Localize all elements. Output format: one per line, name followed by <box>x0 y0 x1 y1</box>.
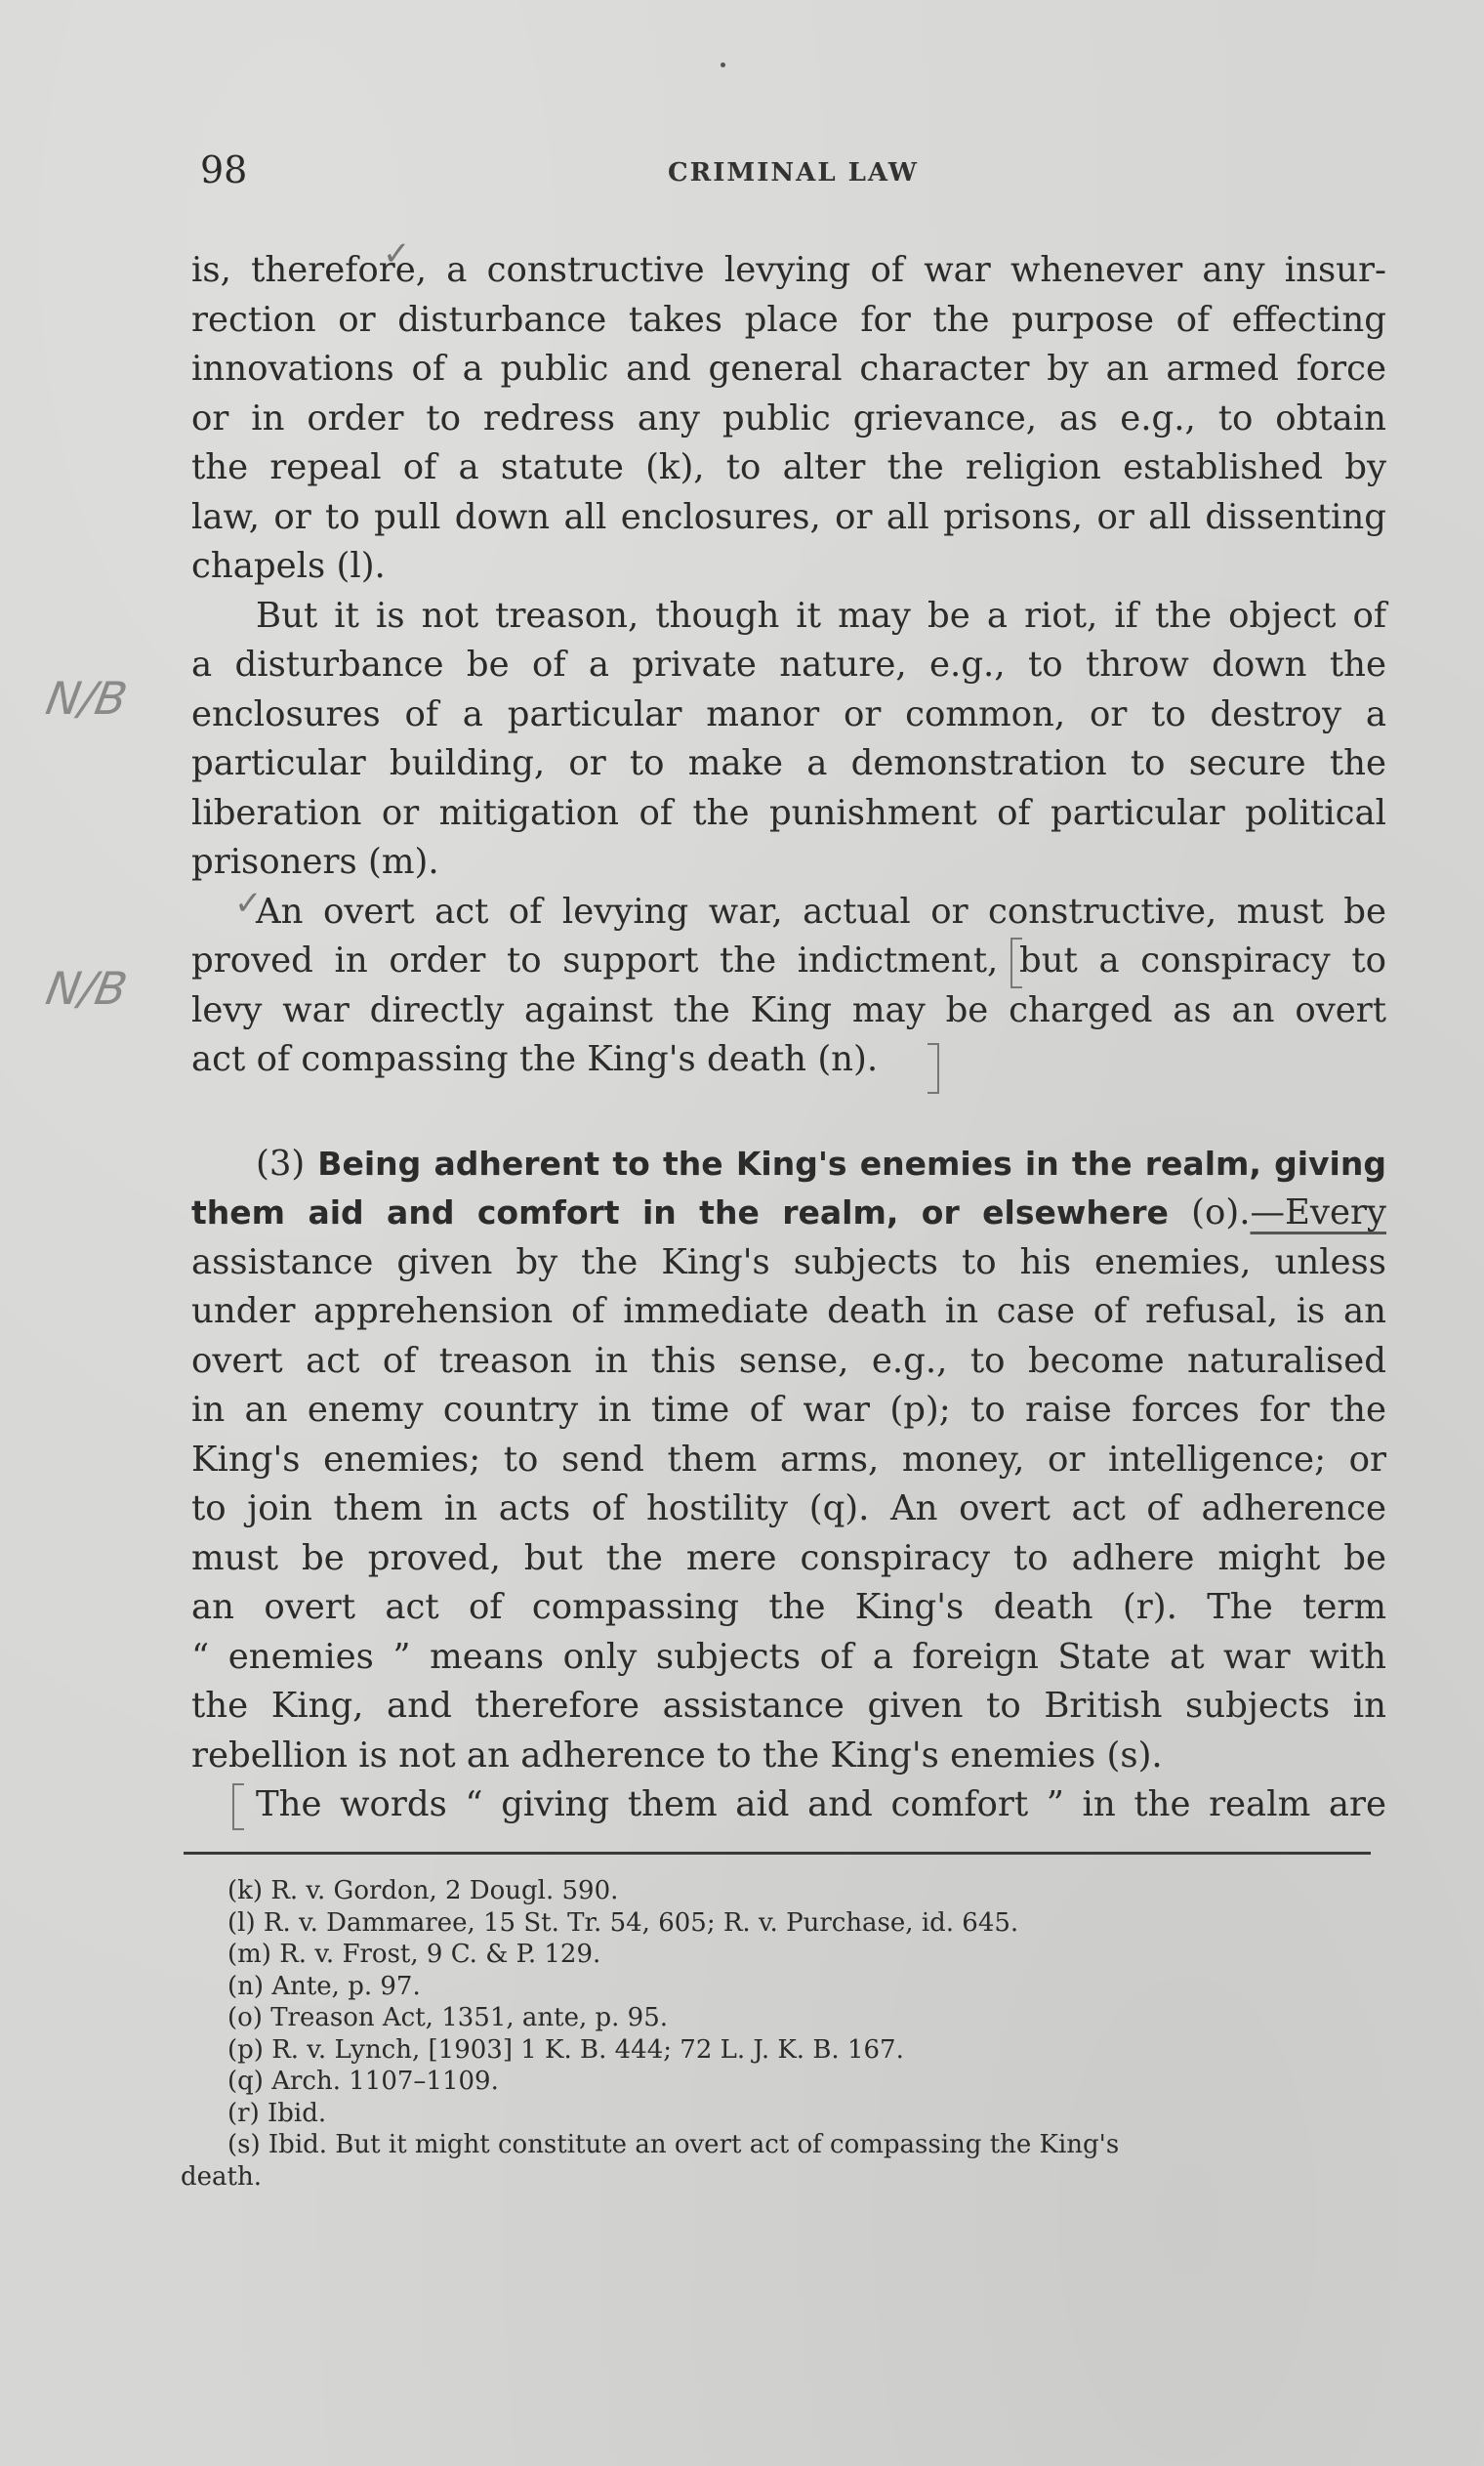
running-head: 98 CRIMINAL LAW <box>200 148 1386 197</box>
footnote-k: (k) R. v. Gordon, 2 Dougl. 590. <box>227 1875 1389 1907</box>
footnote-q: (q) Arch. 1107–1109. <box>227 2066 1389 2098</box>
margin-note-nb-2: N/B <box>42 962 131 1015</box>
footnote-mark: (l) <box>227 1908 256 1938</box>
text-line: King's enemies; to send them arms, money… <box>191 1436 1386 1485</box>
footnote-text: Treason Act, 1351, ante, p. 95. <box>270 2003 668 2032</box>
text-line: enclosures of a particular manor or comm… <box>191 690 1386 740</box>
text-line: assistance given by the King's subjects … <box>191 1238 1386 1288</box>
footnote-mark: (n) <box>227 1972 264 2001</box>
footnote-text: R. v. Frost, 9 C. & P. 129. <box>279 1940 600 1969</box>
paper-speck <box>721 63 725 67</box>
lead-in: —Every <box>1250 1192 1386 1233</box>
paragraph-start: The words “ giving them aid and comfort … <box>191 1780 1386 1830</box>
text-line: the repeal of a statute (k), to alter th… <box>191 443 1386 493</box>
text-line: is, therefore, a constructive levying of… <box>191 246 1386 296</box>
text-line: under apprehension of immediate death in… <box>191 1287 1386 1337</box>
text-line: to join them in acts of hostility (q). A… <box>191 1484 1386 1534</box>
body-text: is, therefore, a constructive levying of… <box>191 246 1386 1830</box>
footnote-mark: (s) <box>227 2130 261 2159</box>
footnote-mark: (k) <box>227 1876 263 1905</box>
footnote-mark: (m) <box>227 1940 271 1969</box>
running-title: CRIMINAL LAW <box>200 158 1386 188</box>
footnote-text: death. <box>181 2162 262 2192</box>
footnote-rule <box>184 1852 1371 1855</box>
text-line: in an enemy country in time of war (p); … <box>191 1386 1386 1436</box>
section-number: (3) <box>256 1144 305 1184</box>
text-line: innovations of a public and general char… <box>191 345 1386 395</box>
paragraph-start: An overt act of levying war, actual or c… <box>191 888 1386 938</box>
text-line: liberation or mitigation of the punishme… <box>191 789 1386 839</box>
footnote-s-continuation: death. <box>227 2161 1389 2194</box>
footnote-p: (p) R. v. Lynch, [1903] 1 K. B. 444; 72 … <box>227 2034 1389 2067</box>
text-line: or in order to redress any public grieva… <box>191 395 1386 444</box>
footnote-text: Ibid. But it might constitute an overt a… <box>268 2130 1119 2159</box>
text-line: rebellion is not an adherence to the Kin… <box>191 1732 1386 1781</box>
text-line: rection or disturbance takes place for t… <box>191 296 1386 346</box>
footnote-o: (o) Treason Act, 1351, ante, p. 95. <box>227 2002 1389 2034</box>
footnote-mark: (p) <box>227 2035 264 2065</box>
footnote-text: R. v. Dammaree, 15 St. Tr. 54, 605; R. v… <box>264 1908 1018 1938</box>
footnote-n: (n) Ante, p. 97. <box>227 1971 1389 2003</box>
footnote-mark: (r) <box>227 2099 260 2128</box>
text-line: act of compassing the King's death (n). <box>191 1035 1386 1085</box>
text-line: law, or to pull down all enclosures, or … <box>191 493 1386 543</box>
text-line: proved in order to support the indictmen… <box>191 937 1386 986</box>
footnote-r: (r) Ibid. <box>227 2098 1389 2130</box>
book-page: 98 CRIMINAL LAW N/B N/B ✓ ✓ is, therefor… <box>0 0 1484 2466</box>
footnote-ref: (o). <box>1191 1192 1250 1233</box>
text-line: prisoners (m). <box>191 838 1386 888</box>
footnote-text: R. v. Gordon, 2 Dougl. 590. <box>270 1876 618 1905</box>
margin-note-nb-1: N/B <box>42 672 131 725</box>
section-heading-bold: Being adherent to the King's enemies in … <box>317 1145 1386 1183</box>
footnote-s: (s) Ibid. But it might constitute an ove… <box>227 2129 1389 2161</box>
text-line: “ enemies ” means only subjects of a for… <box>191 1633 1386 1683</box>
text-line: an overt act of compassing the King's de… <box>191 1583 1386 1633</box>
footnote-m: (m) R. v. Frost, 9 C. & P. 129. <box>227 1939 1389 1971</box>
text-line: levy war directly against the King may b… <box>191 986 1386 1036</box>
text-line: must be proved, but the mere conspiracy … <box>191 1534 1386 1584</box>
section-heading-line-2: them aid and comfort in the realm, or el… <box>191 1189 1386 1238</box>
text-line: a disturbance be of a private nature, e.… <box>191 641 1386 690</box>
footnote-l: (l) R. v. Dammaree, 15 St. Tr. 54, 605; … <box>227 1907 1389 1940</box>
text-line: chapels (l). <box>191 542 1386 592</box>
text-line: the King, and therefore assistance given… <box>191 1682 1386 1732</box>
footnote-text: Ibid. <box>268 2099 326 2128</box>
footnote-mark: (o) <box>227 2003 263 2032</box>
footnote-text: Arch. 1107–1109. <box>271 2067 499 2096</box>
footnote-text: Ante, p. 97. <box>271 1972 420 2001</box>
section-heading-bold: them aid and comfort in the realm, or el… <box>191 1193 1169 1232</box>
footnote-text: R. v. Lynch, [1903] 1 K. B. 444; 72 L. J… <box>271 2035 904 2065</box>
section-heading-line-1: (3) Being adherent to the King's enemies… <box>191 1140 1386 1190</box>
paragraph-start: But it is not treason, though it may be … <box>191 592 1386 642</box>
text-line: particular building, or to make a demons… <box>191 739 1386 789</box>
text-line: overt act of treason in this sense, e.g.… <box>191 1337 1386 1387</box>
footnotes: (k) R. v. Gordon, 2 Dougl. 590. (l) R. v… <box>227 1875 1389 2193</box>
footnote-mark: (q) <box>227 2067 264 2096</box>
